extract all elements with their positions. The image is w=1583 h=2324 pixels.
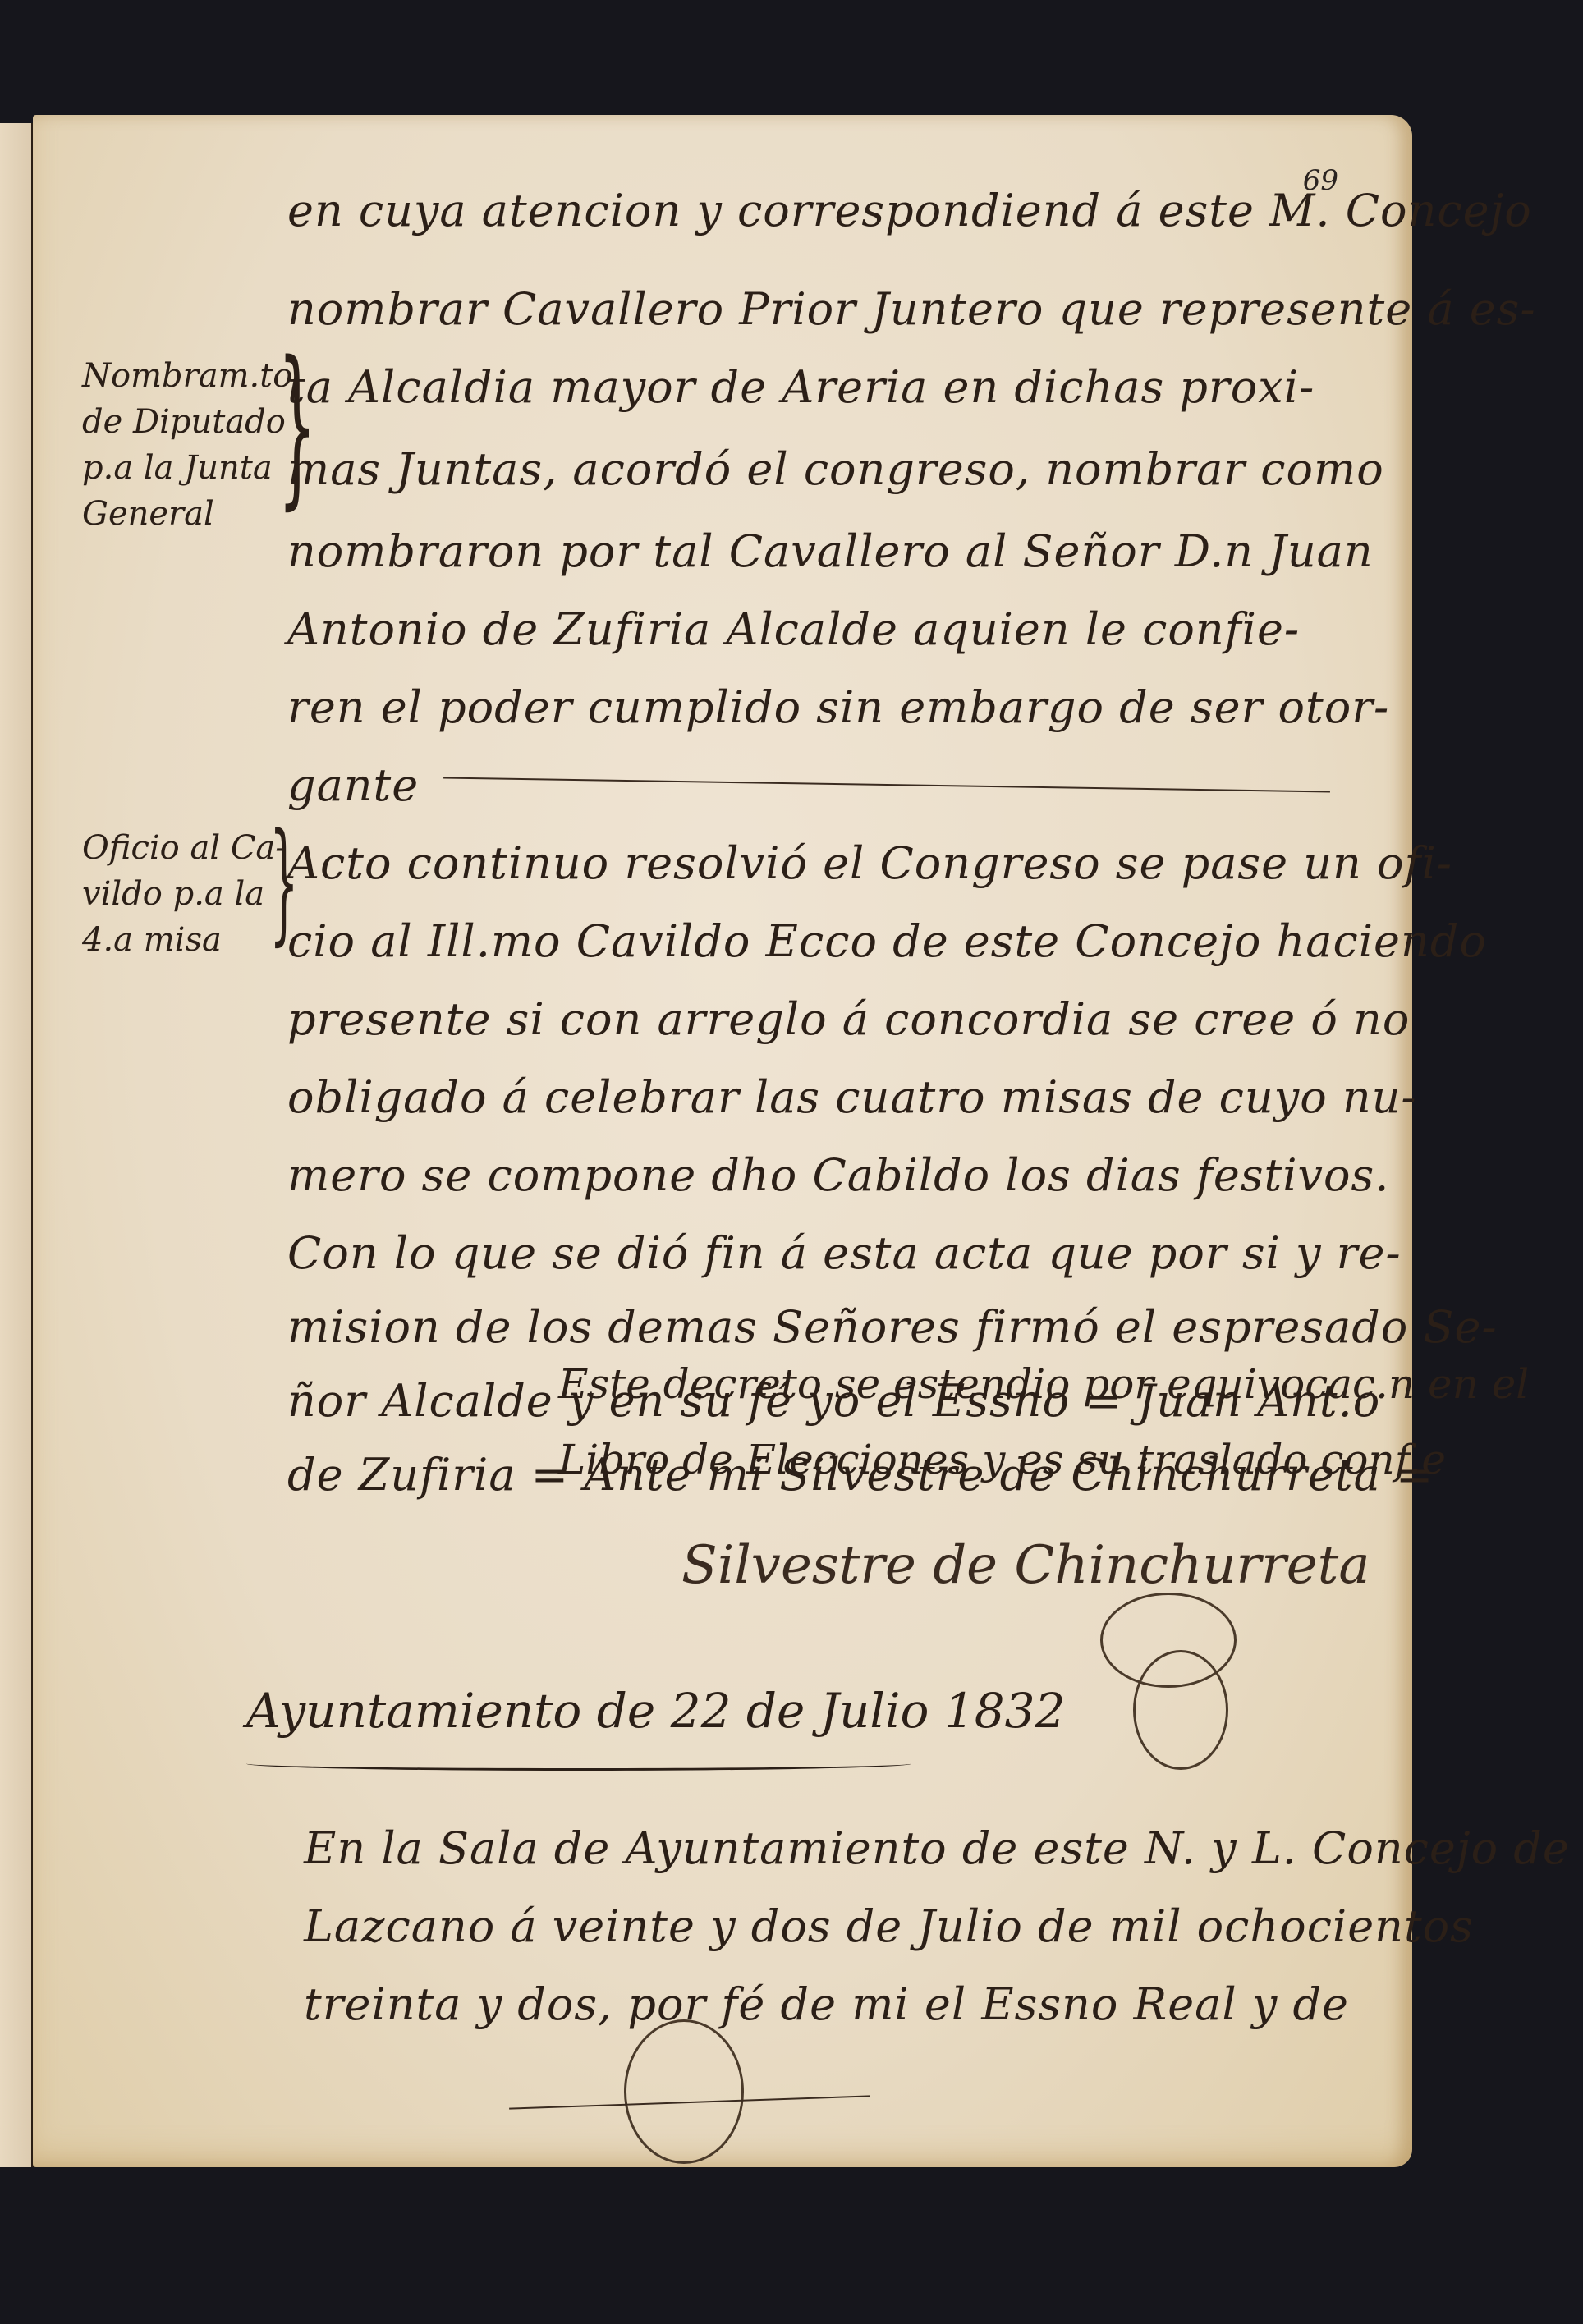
text-line: nombraron por tal Cavallero al Señor D.n…	[287, 525, 1374, 577]
margin-note-line: Nombram.to	[82, 353, 292, 399]
margin-note-line: p.a la Junta	[82, 445, 292, 491]
margin-note-line: vildo p.a la	[82, 871, 287, 917]
margin-note-line: 4.a misa	[82, 917, 287, 963]
section-heading: Ayuntamiento de 22 de Julio 1832	[246, 1683, 1065, 1739]
text-line: gante	[287, 759, 419, 811]
brace-icon: }	[278, 324, 316, 525]
text-line: Acto continuo resolvió el Congreso se pa…	[287, 837, 1452, 889]
text-line: Lazcano á veinte y dos de Julio de mil o…	[304, 1900, 1474, 1952]
rubric-flourish-icon	[624, 2019, 744, 2164]
text-line: En la Sala de Ayuntamiento de este N. y …	[304, 1822, 1570, 1874]
line-filler-rule	[443, 777, 1330, 793]
text-line: Antonio de Zufiria Alcalde aquien le con…	[287, 603, 1300, 655]
text-line: mas Juntas, acordó el congreso, nombrar …	[287, 443, 1384, 495]
text-line: ren el poder cumplido sin embargo de ser…	[287, 681, 1389, 733]
margin-note-line: General	[82, 491, 292, 537]
signature-flourish-icon	[1133, 1650, 1228, 1770]
brace-icon: }	[269, 804, 299, 958]
text-line: mero se compone dho Cabildo los dias fes…	[287, 1149, 1389, 1201]
text-line: ta Alcaldia mayor de Areria en dichas pr…	[287, 361, 1315, 413]
text-line: en cuya atencion y correspondiend á este…	[287, 185, 1532, 236]
text-line: cio al Ill.mo Cavildo Ecco de este Conce…	[287, 915, 1487, 967]
text-line: treinta y dos, por fé de mi el Essno Rea…	[304, 1978, 1349, 2030]
signature: Silvestre de Chinchurreta	[681, 1535, 1370, 1596]
closing-note-line: Este decreto se estendio por equivocac.n…	[558, 1346, 1529, 1422]
text-line: nombrar Cavallero Prior Juntero que repr…	[287, 283, 1536, 335]
closing-note-line: Libro de Elecciones y es su traslado con…	[558, 1422, 1529, 1497]
closing-note: Este decreto se estendio por equivocac.n…	[558, 1346, 1529, 1497]
text-line: obligado á celebrar las cuatro misas de …	[287, 1071, 1417, 1123]
margin-note-line: Oficio al Ca-	[82, 825, 287, 871]
text-line: presente si con arreglo á concordia se c…	[287, 993, 1410, 1045]
margin-note-line: de Diputado	[82, 399, 292, 445]
manuscript-page: 69 en cuya atencion y correspondiend á e…	[33, 115, 1412, 2167]
text-line: mision de los demas Señores firmó el esp…	[287, 1301, 1498, 1353]
facing-page-edge	[0, 123, 34, 2167]
text-line: Con lo que se dió fin á esta acta que po…	[287, 1227, 1402, 1279]
heading-underline	[246, 1757, 911, 1771]
margin-note-oficio: Oficio al Ca- vildo p.a la 4.a misa	[82, 825, 287, 963]
margin-note-nombramiento: Nombram.to de Diputado p.a la Junta Gene…	[82, 353, 292, 537]
